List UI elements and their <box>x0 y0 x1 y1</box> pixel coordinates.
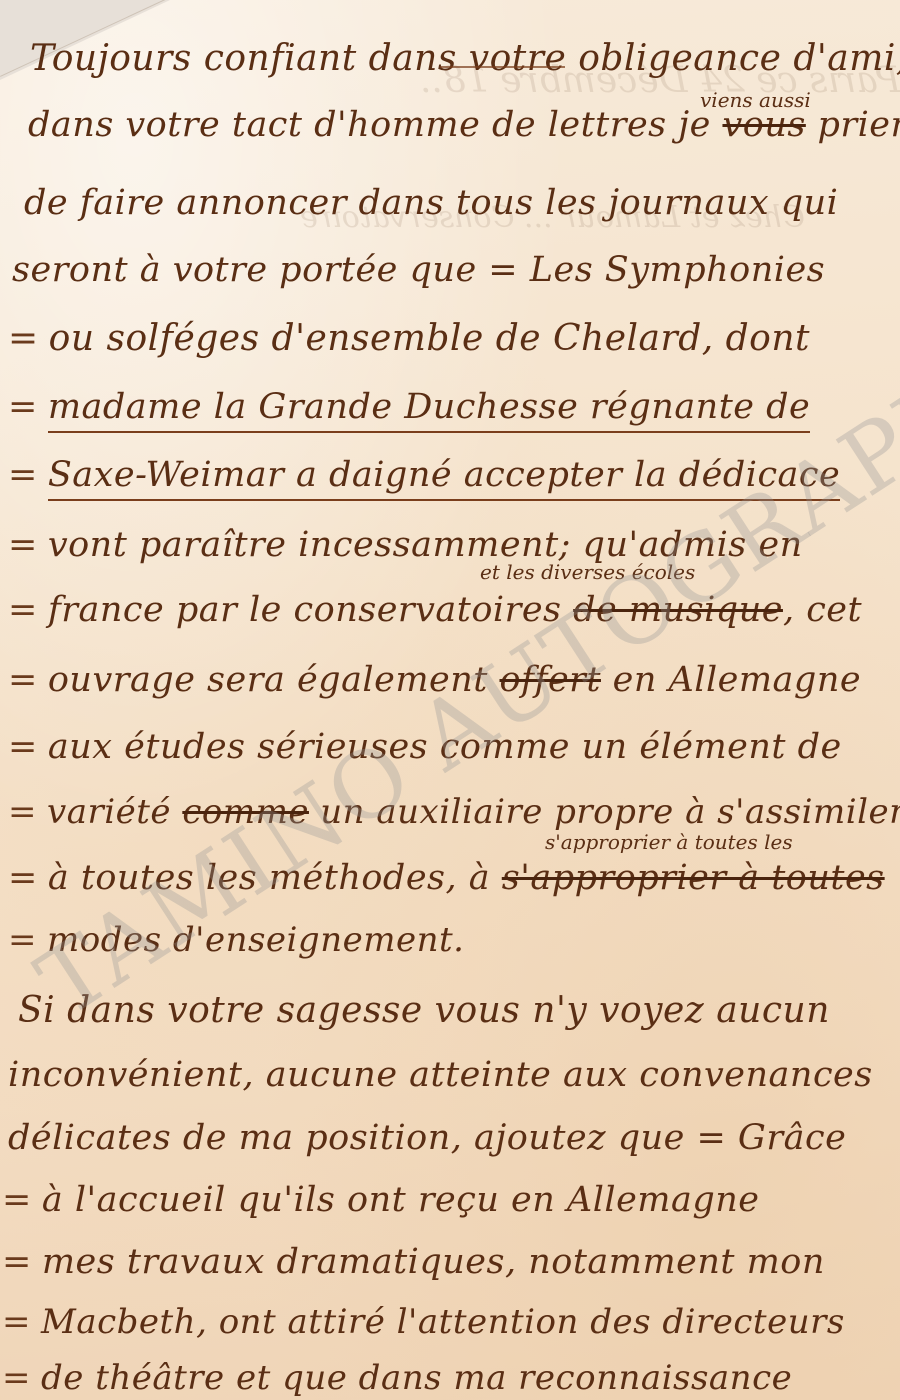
continuation-mark: = <box>8 792 37 832</box>
letter-line: =de théâtre et que dans ma reconnaissanc… <box>2 1358 792 1398</box>
struck-text: s'approprier à toutes <box>502 858 885 898</box>
line-text: dans votre tact d'homme de lettres je <box>28 105 722 145</box>
line-text: de théâtre et que dans ma reconnaissance <box>41 1358 792 1398</box>
continuation-mark: = <box>8 660 38 700</box>
letter-line: =variété comme un auxiliaire propre à s'… <box>8 792 900 832</box>
continuation-mark: = <box>8 858 38 898</box>
continuation-mark: = <box>8 525 38 565</box>
letter-line: inconvénient, aucune atteinte aux conven… <box>8 1055 873 1095</box>
line-text: mes travaux dramatiques, notamment mon <box>42 1242 825 1282</box>
letter-line: =mes travaux dramatiques, notamment mon <box>2 1242 825 1282</box>
letter-line: dans votre tact d'homme de lettres je vo… <box>28 105 900 145</box>
letter-line: =Macbeth, ont attiré l'attention des dir… <box>2 1302 845 1342</box>
letter-line: =ou solféges d'ensemble de Chelard, dont <box>8 318 810 359</box>
continuation-mark: = <box>2 1358 31 1398</box>
line-text: seront à votre portée que = Les Symphoni… <box>12 250 825 290</box>
letter-line: délicates de ma position, ajoutez que = … <box>8 1118 846 1158</box>
line-text: de faire annoncer dans tous les journaux… <box>24 183 838 223</box>
continuation-mark: = <box>8 455 38 495</box>
continuation-mark: = <box>8 318 39 359</box>
continuation-mark: = <box>2 1302 31 1342</box>
manuscript-page: Paris ce 24 Décembre 18.. Chez et Lamour… <box>0 0 900 1400</box>
underlined-text: madame la Grande Duchesse régnante de <box>48 387 810 433</box>
ink-stroke <box>440 66 565 68</box>
continuation-mark: = <box>8 590 38 630</box>
letter-line: =madame la Grande Duchesse régnante de <box>8 387 810 427</box>
continuation-mark: = <box>8 727 38 767</box>
letter-line: =Saxe-Weimar a daigné accepter la dédica… <box>8 455 840 495</box>
line-text: variété <box>47 792 182 832</box>
continuation-mark: = <box>2 1242 32 1282</box>
letter-line: Toujours confiant dans votre obligeance … <box>30 38 900 79</box>
letter-line: =à l'accueil qu'ils ont reçu en Allemagn… <box>2 1180 760 1220</box>
line-text: Macbeth, ont attiré l'attention des dire… <box>41 1302 845 1342</box>
letter-line: seront à votre portée que = Les Symphoni… <box>12 250 825 290</box>
continuation-mark: = <box>8 387 38 427</box>
interlinear-insertion: s'approprier à toutes les <box>545 830 793 854</box>
line-text: Toujours confiant dans votre obligeance … <box>30 38 900 79</box>
line-text: délicates de ma position, ajoutez que = … <box>8 1118 846 1158</box>
letter-line: de faire annoncer dans tous les journaux… <box>24 183 838 223</box>
line-text: prier <box>806 105 900 145</box>
continuation-mark: = <box>2 1180 32 1220</box>
line-text: , cet <box>783 590 862 630</box>
line-text: à l'accueil qu'ils ont reçu en Allemagne <box>42 1180 760 1220</box>
line-text: ou solféges d'ensemble de Chelard, dont <box>49 318 810 359</box>
struck-text: vous <box>722 105 805 145</box>
line-text: inconvénient, aucune atteinte aux conven… <box>8 1055 873 1095</box>
line-text: france par le conservatoires <box>48 590 573 630</box>
